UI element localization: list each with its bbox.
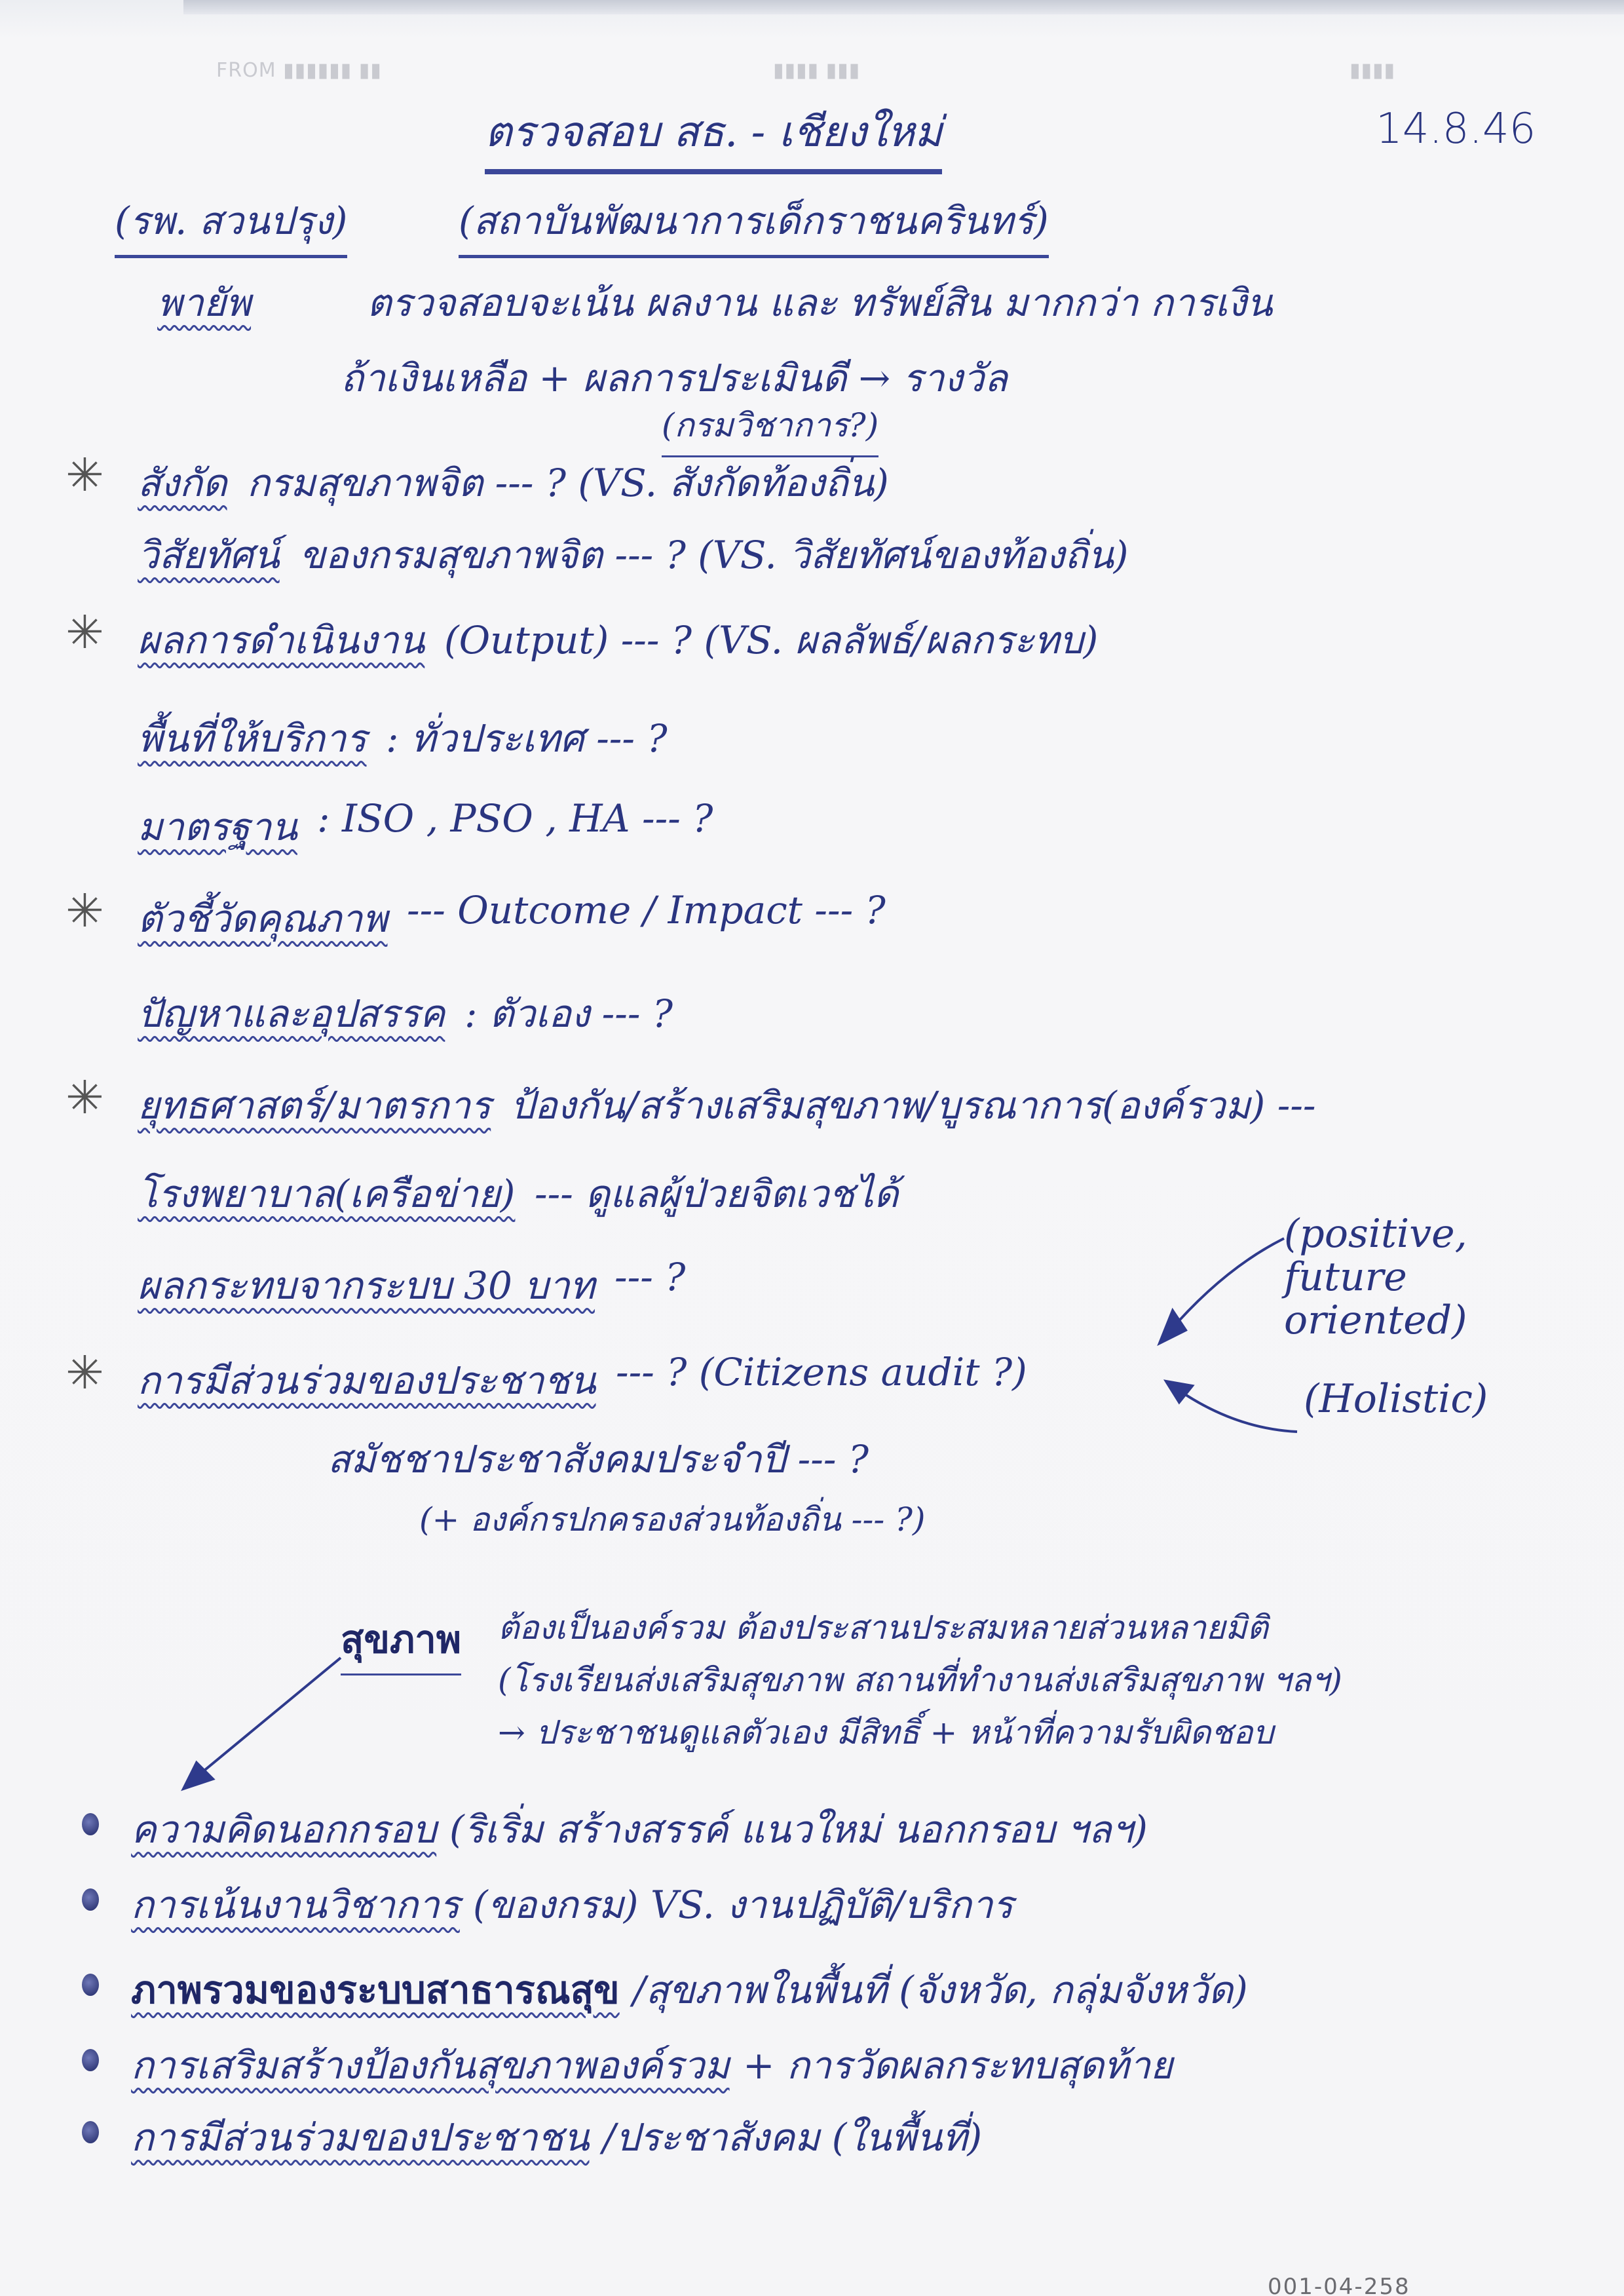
arrow-holistic <box>1173 1386 1297 1432</box>
arrow-annotations <box>0 0 1624 2296</box>
arrow-health <box>190 1658 341 1782</box>
document-number: 001-04-258 <box>1268 2274 1410 2296</box>
document-page: FROM ▮▮▮▮▮▮ ▮▮ ▮▮▮▮ ▮▮▮ ▮▮▮▮ ตรวจสอบ สธ.… <box>0 0 1624 2296</box>
